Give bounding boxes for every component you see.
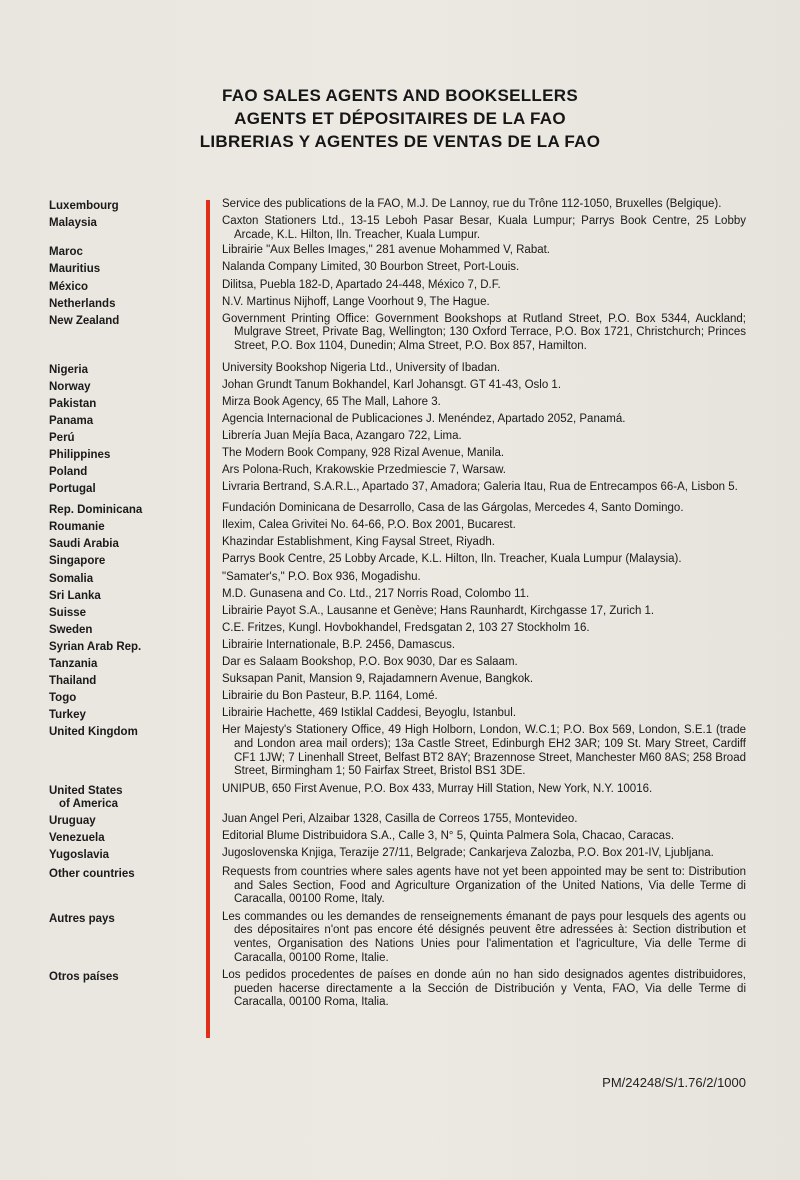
list-item: NigeriaUniversity Bookshop Nigeria Ltd.,… <box>0 362 800 377</box>
country-name: Poland <box>0 464 222 479</box>
list-item: Saudi ArabiaKhazindar Establishment, Kin… <box>0 536 800 551</box>
country-name: Togo <box>0 690 222 705</box>
country-label: Rep. Dominicana <box>49 504 142 516</box>
title-english: FAO SALES AGENTS AND BOOKSELLERS <box>0 84 800 107</box>
list-item: NetherlandsN.V. Martinus Nijhoff, Lange … <box>0 296 800 311</box>
agent-address: Livraria Bertrand, S.A.R.L., Apartado 37… <box>222 481 746 496</box>
list-item: Sri LankaM.D. Gunasena and Co. Ltd., 217… <box>0 588 800 603</box>
country-label: Sri Lanka <box>49 590 101 602</box>
country-name: Perú <box>0 430 222 445</box>
agent-address: N.V. Martinus Nijhoff, Lange Voorhout 9,… <box>222 296 746 311</box>
country-name: Yugoslavia <box>0 847 222 862</box>
country-label: Saudi Arabia <box>49 538 119 550</box>
country-label: Roumanie <box>49 521 105 533</box>
country-label-line2: of America <box>49 798 222 811</box>
list-item: Syrian Arab Rep.Librairie Internationale… <box>0 639 800 654</box>
list-item: TurkeyLibrairie Hachette, 469 Istiklal C… <box>0 707 800 722</box>
country-name: Netherlands <box>0 296 222 311</box>
country-name: Nigeria <box>0 362 222 377</box>
agent-address: Government Printing Office: Government B… <box>222 313 746 354</box>
country-label: Turkey <box>49 709 86 721</box>
list-item: UruguayJuan Angel Peri, Alzaibar 1328, C… <box>0 813 800 828</box>
agent-address: Requests from countries where sales agen… <box>222 866 746 907</box>
agent-address: University Bookshop Nigeria Ltd., Univer… <box>222 362 746 377</box>
country-label: Other countries <box>49 868 135 880</box>
list-item: PakistanMirza Book Agency, 65 The Mall, … <box>0 396 800 411</box>
publication-code: PM/24248/S/1.76/2/1000 <box>602 1075 746 1090</box>
agent-address: Librairie du Bon Pasteur, B.P. 1164, Lom… <box>222 690 746 705</box>
list-item: PhilippinesThe Modern Book Company, 928 … <box>0 447 800 462</box>
list-item: NorwayJohan Grundt Tanum Bokhandel, Karl… <box>0 379 800 394</box>
country-name: Turkey <box>0 707 222 722</box>
title-spanish: LIBRERIAS Y AGENTES DE VENTAS DE LA FAO <box>0 130 800 153</box>
country-label: Suisse <box>49 607 86 619</box>
country-name: Otros países <box>0 969 222 1010</box>
country-name: Sweden <box>0 622 222 637</box>
country-name: Uruguay <box>0 813 222 828</box>
country-name: United Kingdom <box>0 724 222 778</box>
agent-address: Dilitsa, Puebla 182-D, Apartado 24-448, … <box>222 279 746 294</box>
country-label: Netherlands <box>49 298 115 310</box>
country-label: United Kingdom <box>49 726 138 738</box>
list-item: YugoslaviaJugoslovenska Knjiga, Terazije… <box>0 847 800 862</box>
list-item: SuisseLibrairie Payot S.A., Lausanne et … <box>0 605 800 620</box>
country-name: Norway <box>0 379 222 394</box>
agent-address: Librairie Payot S.A., Lausanne et Genève… <box>222 605 746 620</box>
country-label: Maroc <box>49 246 83 258</box>
list-item: PortugalLivraria Bertrand, S.A.R.L., Apa… <box>0 481 800 496</box>
country-name: Singapore <box>0 553 222 568</box>
agent-address: Los pedidos procedentes de países en don… <box>222 969 746 1010</box>
country-name: Maroc <box>0 244 222 259</box>
agent-address: Service des publications de la FAO, M.J.… <box>222 198 746 213</box>
country-label: Tanzania <box>49 658 97 670</box>
country-name: Syrian Arab Rep. <box>0 639 222 654</box>
country-name: Venezuela <box>0 830 222 845</box>
country-label: Sweden <box>49 624 92 636</box>
country-name: Luxembourg <box>0 198 222 213</box>
agent-address: Mirza Book Agency, 65 The Mall, Lahore 3… <box>222 396 746 411</box>
agent-address: "Samater's," P.O. Box 936, Mogadishu. <box>222 571 746 586</box>
country-label: Luxembourg <box>49 200 119 212</box>
country-name: Tanzania <box>0 656 222 671</box>
country-label: Thailand <box>49 675 96 687</box>
country-name: Suisse <box>0 605 222 620</box>
agent-address: Caxton Stationers Ltd., 13-15 Leboh Pasa… <box>222 215 746 242</box>
agent-address: Suksapan Panit, Mansion 9, Rajadamnern A… <box>222 673 746 688</box>
agent-address: Librairie Internationale, B.P. 2456, Dam… <box>222 639 746 654</box>
country-label: Syrian Arab Rep. <box>49 641 141 653</box>
country-name: Panama <box>0 413 222 428</box>
list-item: PolandArs Polona-Ruch, Krakowskie Przedm… <box>0 464 800 479</box>
country-label: United States <box>49 785 123 797</box>
title-french: AGENTS ET DÉPOSITAIRES DE LA FAO <box>0 107 800 130</box>
country-name: Thailand <box>0 673 222 688</box>
list-item: VenezuelaEditorial Blume Distribuidora S… <box>0 830 800 845</box>
agent-address: UNIPUB, 650 First Avenue, P.O. Box 433, … <box>222 783 746 811</box>
agent-address: Librería Juan Mejía Baca, Azangaro 722, … <box>222 430 746 445</box>
list-item: Other countriesRequests from countries w… <box>0 866 800 907</box>
list-item: LuxembourgService des publications de la… <box>0 198 800 213</box>
country-label: Malaysia <box>49 217 97 229</box>
country-label: Uruguay <box>49 815 96 827</box>
list-item: RoumanieIlexim, Calea Grivitei No. 64-66… <box>0 519 800 534</box>
country-name: Mauritius <box>0 261 222 276</box>
page: FAO SALES AGENTS AND BOOKSELLERS AGENTS … <box>0 0 800 1180</box>
agent-address: Dar es Salaam Bookshop, P.O. Box 9030, D… <box>222 656 746 671</box>
list-item: Autres paysLes commandes ou les demandes… <box>0 911 800 965</box>
country-label: New Zealand <box>49 315 119 327</box>
list-item: Somalia"Samater's," P.O. Box 936, Mogadi… <box>0 571 800 586</box>
agent-address: C.E. Fritzes, Kungl. Hovbokhandel, Freds… <box>222 622 746 637</box>
country-label: Pakistan <box>49 398 96 410</box>
list-item: TogoLibrairie du Bon Pasteur, B.P. 1164,… <box>0 690 800 705</box>
agent-address: Johan Grundt Tanum Bokhandel, Karl Johan… <box>222 379 746 394</box>
country-name: Pakistan <box>0 396 222 411</box>
country-name: New Zealand <box>0 313 222 354</box>
agents-list: LuxembourgService des publications de la… <box>0 198 800 1010</box>
country-label: Somalia <box>49 573 93 585</box>
country-name: Roumanie <box>0 519 222 534</box>
country-name: Sri Lanka <box>0 588 222 603</box>
list-item: SingaporeParrys Book Centre, 25 Lobby Ar… <box>0 553 800 568</box>
agent-address: Jugoslovenska Knjiga, Terazije 27/11, Be… <box>222 847 746 862</box>
country-name: Malaysia <box>0 215 222 242</box>
list-item: MauritiusNalanda Company Limited, 30 Bou… <box>0 261 800 276</box>
country-label: Panama <box>49 415 93 427</box>
country-label: Philippines <box>49 449 110 461</box>
list-item: MéxicoDilitsa, Puebla 182-D, Apartado 24… <box>0 279 800 294</box>
list-item: PanamaAgencia Internacional de Publicaci… <box>0 413 800 428</box>
agent-address: Ilexim, Calea Grivitei No. 64-66, P.O. B… <box>222 519 746 534</box>
agent-address: Her Majesty's Stationery Office, 49 High… <box>222 724 746 778</box>
list-item: Rep. DominicanaFundación Dominicana de D… <box>0 502 800 517</box>
country-label: Yugoslavia <box>49 849 109 861</box>
country-name: Other countries <box>0 866 222 907</box>
list-item: MarocLibrairie "Aux Belles Images," 281 … <box>0 244 800 259</box>
country-label: Norway <box>49 381 91 393</box>
country-label: Mauritius <box>49 263 100 275</box>
country-name: Somalia <box>0 571 222 586</box>
list-item: MalaysiaCaxton Stationers Ltd., 13-15 Le… <box>0 215 800 242</box>
country-name: Autres pays <box>0 911 222 965</box>
list-item: TanzaniaDar es Salaam Bookshop, P.O. Box… <box>0 656 800 671</box>
agent-address: Editorial Blume Distribuidora S.A., Call… <box>222 830 746 845</box>
agent-address: Librairie "Aux Belles Images," 281 avenu… <box>222 244 746 259</box>
list-item: PerúLibrería Juan Mejía Baca, Azangaro 7… <box>0 430 800 445</box>
agent-address: M.D. Gunasena and Co. Ltd., 217 Norris R… <box>222 588 746 603</box>
agent-address: Librairie Hachette, 469 Istiklal Caddesi… <box>222 707 746 722</box>
agent-address: Les commandes ou les demandes de renseig… <box>222 911 746 965</box>
agent-address: Juan Angel Peri, Alzaibar 1328, Casilla … <box>222 813 746 828</box>
list-item: Otros paísesLos pedidos procedentes de p… <box>0 969 800 1010</box>
country-label: Nigeria <box>49 364 88 376</box>
country-name: United Statesof America <box>0 783 222 811</box>
country-label: Autres pays <box>49 913 115 925</box>
country-label: Perú <box>49 432 75 444</box>
country-label: Portugal <box>49 483 96 495</box>
agent-address: Parrys Book Centre, 25 Lobby Arcade, K.L… <box>222 553 746 568</box>
country-name: Rep. Dominicana <box>0 502 222 517</box>
agent-address: Ars Polona-Ruch, Krakowskie Przedmiescie… <box>222 464 746 479</box>
list-item: United Statesof AmericaUNIPUB, 650 First… <box>0 783 800 811</box>
list-item: ThailandSuksapan Panit, Mansion 9, Rajad… <box>0 673 800 688</box>
agent-address: The Modern Book Company, 928 Rizal Avenu… <box>222 447 746 462</box>
agent-address: Khazindar Establishment, King Faysal Str… <box>222 536 746 551</box>
title-block: FAO SALES AGENTS AND BOOKSELLERS AGENTS … <box>0 84 800 153</box>
country-label: Togo <box>49 692 76 704</box>
country-label: Venezuela <box>49 832 105 844</box>
country-label: México <box>49 281 88 293</box>
country-label: Singapore <box>49 555 105 567</box>
country-name: México <box>0 279 222 294</box>
list-item: SwedenC.E. Fritzes, Kungl. Hovbokhandel,… <box>0 622 800 637</box>
agent-address: Agencia Internacional de Publicaciones J… <box>222 413 746 428</box>
list-item: New ZealandGovernment Printing Office: G… <box>0 313 800 354</box>
list-item: United KingdomHer Majesty's Stationery O… <box>0 724 800 778</box>
agent-address: Fundación Dominicana de Desarrollo, Casa… <box>222 502 746 517</box>
country-name: Philippines <box>0 447 222 462</box>
country-label: Otros países <box>49 971 119 983</box>
agent-address: Nalanda Company Limited, 30 Bourbon Stre… <box>222 261 746 276</box>
country-name: Saudi Arabia <box>0 536 222 551</box>
country-label: Poland <box>49 466 87 478</box>
country-name: Portugal <box>0 481 222 496</box>
